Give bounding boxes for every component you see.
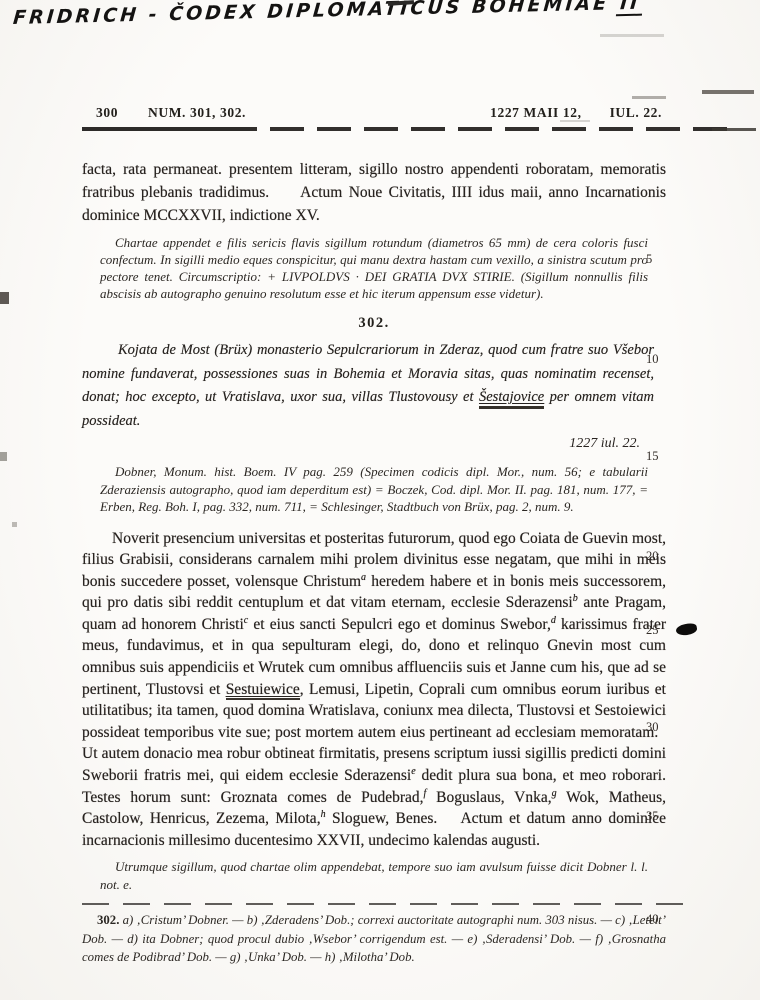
margin-line-number: 5: [646, 252, 652, 267]
scanned-page: FRIDRICH - ČODEX DIPLOMATICUS BOHEMIAEII…: [0, 0, 760, 1000]
margin-line-number: 30: [646, 720, 659, 735]
handwritten-annotation: FRIDRICH - ČODEX DIPLOMATICUS BOHEMIAEII: [12, 0, 644, 29]
handwritten-volume-numeral: II: [616, 0, 644, 16]
ink-blot: [675, 622, 698, 636]
header-dates: 1227 MAII 12, IUL. 22.: [490, 105, 700, 121]
charter-302-date: 1227 iul. 22.: [82, 436, 640, 452]
noise-mark: [632, 96, 666, 99]
margin-line-number: 15: [646, 449, 659, 464]
bibliography: Dobner, Monum. hist. Boem. IV pag. 259 (…: [100, 463, 648, 516]
charter-301-closing: facta, rata permaneat. presentem littera…: [82, 158, 666, 227]
noise-mark: [0, 452, 7, 461]
header-rule: [82, 127, 740, 131]
header-num-label: NUM. 301, 302.: [148, 105, 246, 121]
header-date-iul: IUL. 22.: [610, 105, 662, 121]
noise-mark: [702, 90, 754, 94]
page-body: facta, rata permaneat. presentem littera…: [82, 158, 666, 967]
margin-line-number: 10: [646, 352, 659, 367]
margin-line-number: 35: [646, 809, 659, 824]
footnote-rule: [82, 903, 688, 905]
footnotes: 302. a) ‚Cristum’ Dobner. — b) ‚Zderaden…: [82, 911, 666, 967]
noise-mark: [0, 292, 9, 304]
noise-mark: [600, 34, 664, 37]
seal-description: Chartae appendet e filis sericis flavis …: [100, 234, 648, 302]
margin-line-number: 40: [646, 912, 659, 927]
handwritten-text: FRIDRICH - ČODEX DIPLOMATICUS BOHEMIAE: [12, 0, 610, 29]
editor-note: Utrumque sigillum, quod chartae olim app…: [100, 858, 648, 894]
page-header: 300 NUM. 301, 302. 1227 MAII 12, IUL. 22…: [96, 105, 700, 121]
page-number: 300: [96, 105, 148, 121]
charter-302-summary: Kojata de Most (Brüx) monasterio Sepulcr…: [82, 339, 654, 433]
charter-302-text: Noverit presencium universitas et poster…: [82, 528, 666, 852]
noise-mark: [712, 128, 756, 131]
margin-line-number: 25: [646, 623, 659, 638]
charter-302-number: 302.: [82, 315, 666, 332]
header-date-maii: 1227 MAII 12,: [490, 105, 581, 121]
noise-mark: [560, 120, 590, 122]
noise-mark: [12, 522, 17, 527]
margin-line-number: 20: [646, 549, 659, 564]
